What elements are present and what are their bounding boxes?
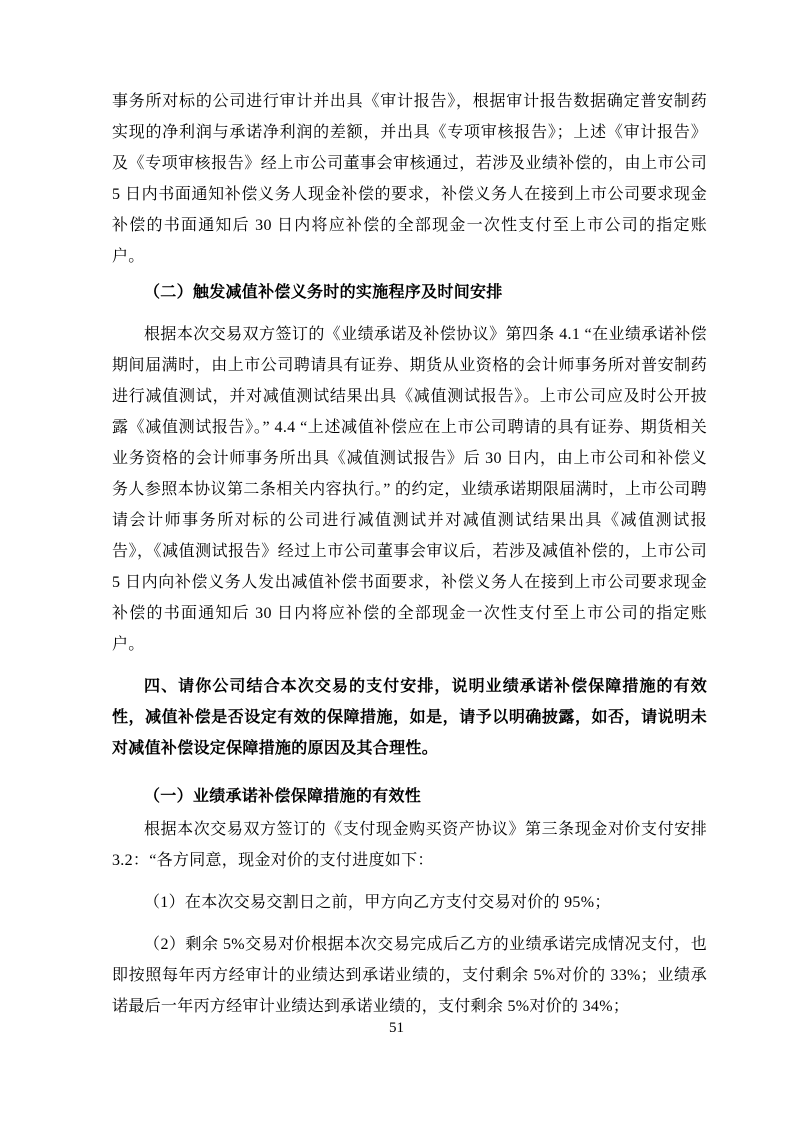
document-page: 事务所对标的公司进行审计并出具《审计报告》，根据审计报告数据确定普安制药实现的净… [0,0,793,1122]
para-payment-item-1: （1）在本次交易交割日之前，甲方向乙方支付交易对价的 95%； [112,887,707,918]
para-cash-payment-agreement: 根据本次交易双方签订的《支付现金购买资产协议》第三条现金对价支付安排 3.2：“… [112,814,707,876]
para-impairment-test-agreement: 根据本次交易双方签订的《业绩承诺及补偿协议》第四条 4.1 “在业绩承诺补偿期间… [112,319,707,660]
para-payment-item-2: （2）剩余 5%交易对价根据本次交易完成后乙方的业绩承诺完成情况支付，也即按照每… [112,929,707,1022]
document-content: 事务所对标的公司进行审计并出具《审计报告》，根据审计报告数据确定普安制药实现的净… [112,86,707,1022]
para-audit-report-cash-compensation: 事务所对标的公司进行审计并出具《审计报告》，根据审计报告数据确定普安制药实现的净… [112,86,707,272]
heading-effectiveness-of-safeguards: （一）业绩承诺补偿保障措施的有效性 [112,781,707,812]
heading-impairment-compensation-procedure: （二）触发减值补偿义务时的实施程序及时间安排 [112,277,707,308]
heading-question-4-payment-arrangement: 四、请你公司结合本次交易的支付安排，说明业绩承诺补偿保障措施的有效性，减值补偿是… [112,671,707,764]
page-number: 51 [0,1018,793,1038]
